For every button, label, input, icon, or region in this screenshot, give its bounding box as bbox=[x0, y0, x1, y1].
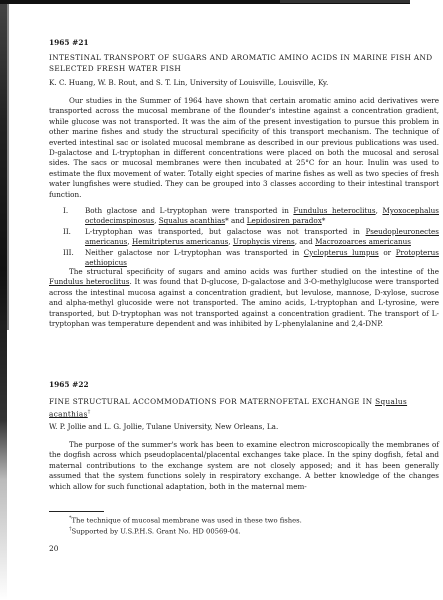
list-text: L-tryptophan was transported, but galact… bbox=[85, 227, 366, 236]
list-text: Both glactose and L-tryptophan were tran… bbox=[85, 206, 293, 215]
species-name: Fundulus heteroclitus bbox=[49, 277, 129, 286]
footnote-2: †Supported by U.S.P.H.S. Grant No. HD 00… bbox=[69, 524, 443, 537]
species-name: Macrozoarces americanus bbox=[315, 237, 411, 246]
species-name: Hemitripterus americanus bbox=[132, 237, 228, 246]
footnote-mark: † bbox=[88, 409, 91, 415]
list-item-class-3: III. Neither galactose nor L-tryptophan … bbox=[63, 248, 439, 269]
abstract-21-paragraph-2: The structural specificity of sugars and… bbox=[49, 267, 439, 329]
list-text: Neither galactose nor L-tryptophan was t… bbox=[85, 248, 304, 257]
list-number: I. bbox=[63, 206, 85, 227]
list-number: III. bbox=[63, 248, 85, 269]
abstract-21-title: INTESTINAL TRANSPORT OF SUGARS AND AROMA… bbox=[49, 52, 439, 74]
list-number: II. bbox=[63, 227, 85, 248]
abstract-22-paragraph-1: The purpose of the summer's work has bee… bbox=[49, 440, 439, 492]
footnote-text: Supported by U.S.P.H.S. Grant No. HD 005… bbox=[72, 527, 241, 535]
list-item-class-1: I. Both glactose and L-tryptophan were t… bbox=[63, 206, 439, 227]
separator: , and bbox=[295, 237, 315, 246]
paragraph-text: The structural specificity of sugars and… bbox=[69, 267, 439, 276]
footnote-mark: * bbox=[322, 216, 326, 225]
abstract-21-paragraph-1: Our studies in the Summer of 1964 have s… bbox=[49, 96, 439, 200]
abstract-21-body: Our studies in the Summer of 1964 have s… bbox=[49, 96, 439, 200]
abstract-22-body: The purpose of the summer's work has bee… bbox=[49, 440, 439, 492]
scan-edge-line bbox=[7, 0, 9, 330]
separator: * and bbox=[225, 216, 247, 225]
species-name: Cyclopterus lumpus bbox=[304, 248, 379, 257]
page-number: 20 bbox=[49, 544, 439, 554]
scan-top-border-2 bbox=[280, 0, 410, 3]
abstract-22-number: 1965 #22 bbox=[49, 380, 439, 390]
species-name: Fundulus heteroclitus bbox=[293, 206, 375, 215]
abstract-22-title: FINE STRUCTURAL ACCOMMODATIONS FOR MATER… bbox=[49, 396, 439, 419]
footnote-rule bbox=[49, 511, 104, 512]
species-name: Urophycis virens bbox=[233, 237, 295, 246]
species-name: Squalus acanthias bbox=[159, 216, 225, 225]
separator: or bbox=[379, 248, 396, 257]
abstract-21-number: 1965 #21 bbox=[49, 38, 439, 48]
abstract-22-authors: W. P. Jollie and L. G. Jollie, Tulane Un… bbox=[49, 422, 439, 432]
abstract-21-class-list: I. Both glactose and L-tryptophan were t… bbox=[63, 206, 439, 268]
title-text: FINE STRUCTURAL ACCOMMODATIONS FOR MATER… bbox=[49, 397, 375, 406]
abstract-21-authors: K. C. Huang, W. B. Rout, and S. T. Lin, … bbox=[49, 78, 439, 88]
list-item-class-2: II. L-tryptophan was transported, but ga… bbox=[63, 227, 439, 248]
scan-edge-shadow bbox=[0, 0, 7, 600]
species-name: Lepidosiren paradox bbox=[247, 216, 322, 225]
